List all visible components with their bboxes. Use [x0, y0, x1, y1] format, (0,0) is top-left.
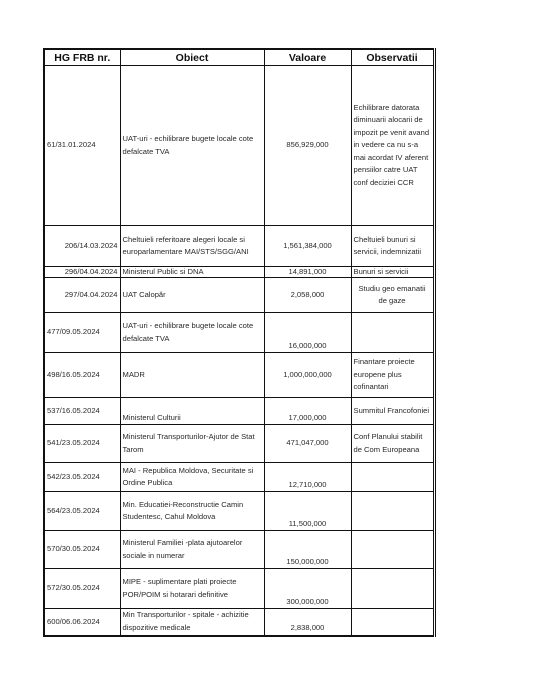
obiect-cell: UAT-uri - echilibrare bugete locale cote…: [120, 66, 264, 226]
observatii-cell: Cheltuieli bunuri si servicii, indemniza…: [351, 226, 434, 267]
hg-cell: 296/04.04.2024: [44, 267, 120, 278]
obiect-cell: MIPE - suplimentare plati proiecte POR/P…: [120, 569, 264, 609]
obiect-cell: MADR: [120, 353, 264, 398]
table-row: 498/16.05.2024MADR1,000,000,000Finantare…: [44, 353, 434, 398]
valoare-cell: 150,000,000: [264, 531, 351, 569]
valoare-cell: 12,710,000: [264, 463, 351, 492]
table-row: 570/30.05.2024Ministerul Familiei -plata…: [44, 531, 434, 569]
valoare-cell: 17,000,000: [264, 398, 351, 425]
header-obiect: Obiect: [120, 49, 264, 66]
obiect-cell: MAI - Republica Moldova, Securitate si O…: [120, 463, 264, 492]
valoare-cell: 471,047,000: [264, 425, 351, 463]
valoare-cell: 2,058,000: [264, 278, 351, 313]
table-row: 477/09.05.2024UAT-uri - echilibrare buge…: [44, 313, 434, 353]
obiect-cell: Ministerul Culturii: [120, 398, 264, 425]
allocations-table: HG FRB nr. Obiect Valoare Observatii 61/…: [43, 48, 436, 637]
observatii-cell: [351, 531, 434, 569]
observatii-cell: [351, 492, 434, 531]
hg-cell: 537/16.05.2024: [44, 398, 120, 425]
valoare-cell: 300,000,000: [264, 569, 351, 609]
valoare-cell: 2,838,000: [264, 609, 351, 636]
observatii-cell: [351, 463, 434, 492]
hg-cell: 572/30.05.2024: [44, 569, 120, 609]
header-observatii: Observatii: [351, 49, 434, 66]
table-row: 296/04.04.2024Ministerul Public si DNA14…: [44, 267, 434, 278]
observatii-cell: [351, 569, 434, 609]
valoare-cell: 856,929,000: [264, 66, 351, 226]
observatii-cell: Finantare proiecte europene plus cofinan…: [351, 353, 434, 398]
observatii-cell: Studiu geo emanatii de gaze: [351, 278, 434, 313]
table-body: 61/31.01.2024UAT-uri - echilibrare buget…: [44, 66, 434, 636]
header-hg-frb-nr: HG FRB nr.: [44, 49, 120, 66]
hg-cell: 564/23.05.2024: [44, 492, 120, 531]
table-header-row: HG FRB nr. Obiect Valoare Observatii: [44, 49, 434, 66]
observatii-cell: Bunuri si servicii: [351, 267, 434, 278]
hg-cell: 61/31.01.2024: [44, 66, 120, 226]
table-row: 564/23.05.2024Min. Educatiei-Reconstruct…: [44, 492, 434, 531]
obiect-cell: Min. Educatiei-Reconstructie Camin Stude…: [120, 492, 264, 531]
obiect-cell: Ministerul Transporturilor-Ajutor de Sta…: [120, 425, 264, 463]
valoare-cell: 1,561,384,000: [264, 226, 351, 267]
obiect-cell: UAT Calopăr: [120, 278, 264, 313]
hg-cell: 297/04.04.2024: [44, 278, 120, 313]
obiect-cell: Min Transporturilor - spitale - achiziti…: [120, 609, 264, 636]
obiect-cell: Ministerul Public si DNA: [120, 267, 264, 278]
table-row: 61/31.01.2024UAT-uri - echilibrare buget…: [44, 66, 434, 226]
table-row: 537/16.05.2024Ministerul Culturii17,000,…: [44, 398, 434, 425]
hg-cell: 542/23.05.2024: [44, 463, 120, 492]
hg-cell: 498/16.05.2024: [44, 353, 120, 398]
observatii-cell: Conf Planului stabilit de Com Europeana: [351, 425, 434, 463]
hg-cell: 206/14.03.2024: [44, 226, 120, 267]
valoare-cell: 14,891,000: [264, 267, 351, 278]
valoare-cell: 16,000,000: [264, 313, 351, 353]
hg-cell: 541/23.05.2024: [44, 425, 120, 463]
obiect-cell: Cheltuieli referitoare alegeri locale si…: [120, 226, 264, 267]
table-row: 206/14.03.2024Cheltuieli referitoare ale…: [44, 226, 434, 267]
observatii-cell: [351, 313, 434, 353]
observatii-cell: Summitul Francofoniei: [351, 398, 434, 425]
hg-cell: 477/09.05.2024: [44, 313, 120, 353]
table-row: 541/23.05.2024Ministerul Transporturilor…: [44, 425, 434, 463]
valoare-cell: 11,500,000: [264, 492, 351, 531]
table-row: 572/30.05.2024MIPE - suplimentare plati …: [44, 569, 434, 609]
obiect-cell: Ministerul Familiei -plata ajutoarelor s…: [120, 531, 264, 569]
hg-cell: 600/06.06.2024: [44, 609, 120, 636]
obiect-cell: UAT-uri - echilibrare bugete locale cote…: [120, 313, 264, 353]
table-row: 600/06.06.2024Min Transporturilor - spit…: [44, 609, 434, 636]
valoare-cell: 1,000,000,000: [264, 353, 351, 398]
observatii-cell: [351, 609, 434, 636]
observatii-cell: Echilibrare datorata diminuarii alocarii…: [351, 66, 434, 226]
hg-cell: 570/30.05.2024: [44, 531, 120, 569]
header-valoare: Valoare: [264, 49, 351, 66]
table-row: 542/23.05.2024MAI - Republica Moldova, S…: [44, 463, 434, 492]
table-row: 297/04.04.2024UAT Calopăr2,058,000Studiu…: [44, 278, 434, 313]
